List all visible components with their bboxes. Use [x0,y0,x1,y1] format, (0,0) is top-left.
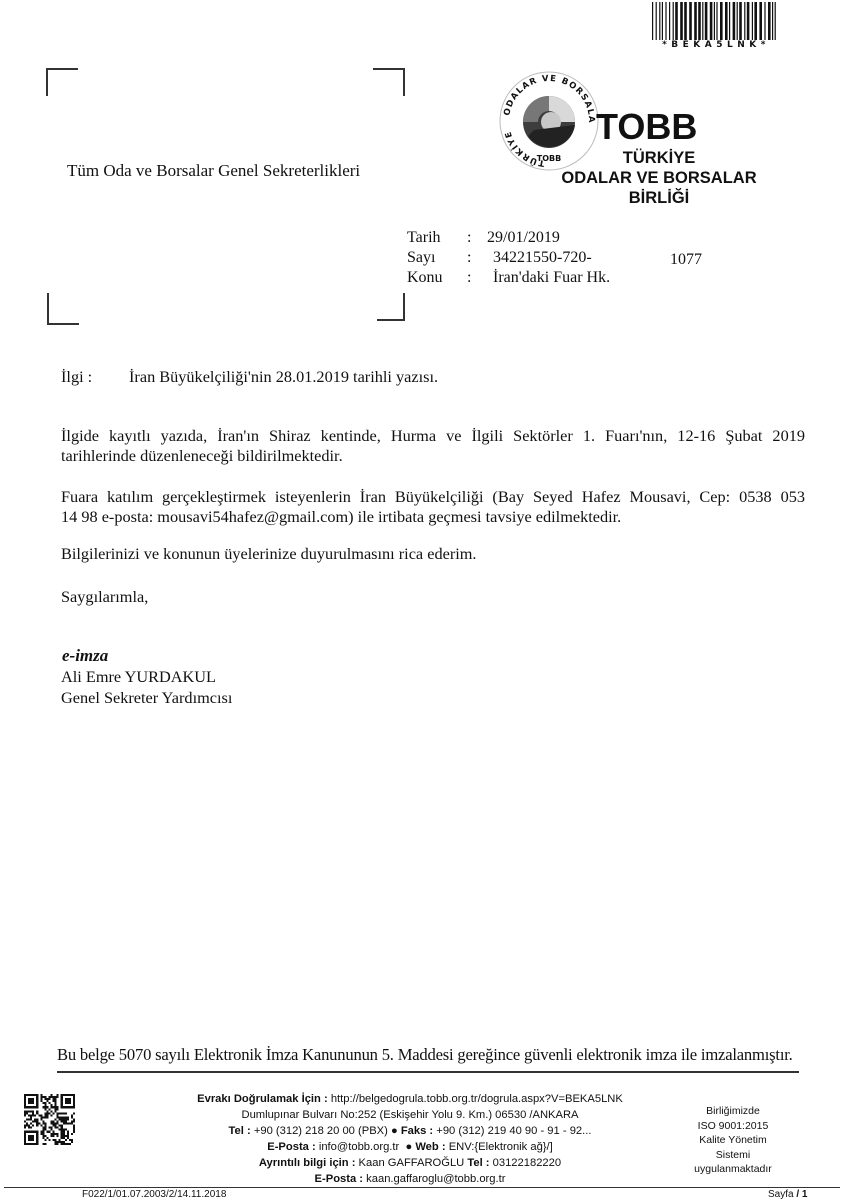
meta-value: 29/01/2019 [487,229,560,247]
email-link[interactable]: info@tobb.org.tr [319,1141,399,1153]
iso-line: uygulanmaktadır [676,1162,790,1177]
corner-mark-top-right [373,68,405,96]
barcode-code: *BEKA5LNK* [652,40,780,50]
signer-name: Ali Emre YURDAKUL [61,667,216,687]
bullet-icon: ● [405,1141,412,1153]
address-line: Dumlupınar Bulvarı No:252 (Eskişehir Yol… [160,1107,660,1123]
verify-url-link[interactable]: http://belgedogrula.tobb.org.tr/dogrula.… [331,1093,623,1105]
contact-email-line: E-Posta : kaan.gaffaroglu@tobb.org.tr [160,1171,660,1187]
page-label: Sayfa [768,1189,794,1200]
meta-label: Tarih [407,229,467,247]
web-value: ENV:{Elektronik ağ}/] [449,1141,553,1153]
meta-label: Sayı [407,249,467,267]
web-label: Web : [415,1141,445,1153]
bullet-icon: ● [391,1125,398,1137]
document-barcode [652,2,780,40]
contact-tel: 03122182220 [493,1157,561,1169]
email-web-line: E-Posta : info@tobb.org.tr ● Web : ENV:{… [160,1139,660,1155]
contact-name: Kaan GAFFAROĞLU [359,1157,465,1169]
contact-tel-label: Tel : [467,1157,489,1169]
paragraph-line: Saygılarımla, [61,587,805,607]
reference-text: İran Büyükelçiliği'nin 28.01.2019 tarihl… [129,367,438,387]
recipient: Tüm Oda ve Borsalar Genel Sekreterlikler… [67,161,360,181]
page-total: / 1 [796,1189,807,1200]
logo-name-line: BİRLİĞİ [553,188,765,208]
meta-date: Tarih : 29/01/2019 [407,229,560,247]
footer-divider [57,1071,799,1073]
contact-line: Ayrıntılı bilgi için : Kaan GAFFAROĞLU T… [160,1155,660,1171]
meta-value: İran'daki Fuar Hk. [493,269,610,287]
iso-line: Birliğimizde [676,1104,790,1119]
corner-mark-top-left [46,68,78,96]
meta-colon: : [467,229,487,247]
closing-salutation: Saygılarımla, [61,587,805,607]
meta-number-suffix: 1077 [670,251,702,269]
contact-email-label: E-Posta : [315,1173,364,1185]
paragraph-line: 14 98 e-posta: mousavi54hafez@gmail.com)… [61,507,805,527]
verify-label: Evrakı Doğrulamak İçin : [197,1093,328,1105]
logo-abbrev: TOBB [596,106,697,148]
meta-colon: : [467,249,493,267]
logo-name-line: ODALAR VE BORSALAR [553,168,765,188]
meta-subject: Konu : İran'daki Fuar Hk. [407,269,610,287]
corner-mark-bottom-left [47,293,79,325]
fax-label: Faks : [401,1125,433,1137]
logo-org-name: TÜRKİYE ODALAR VE BORSALAR BİRLİĞİ [553,148,765,208]
meta-value: 34221550-720- [493,249,592,267]
body-paragraph: Bilgilerinizi ve konunun üyelerinize duy… [61,544,805,564]
iso-line: ISO 9001:2015 [676,1119,790,1134]
meta-number: Sayı : 34221550-720- [407,249,592,267]
form-code: F022/1/01.07.2003/2/14.11.2018 [82,1189,226,1200]
body-paragraph: Fuara katılım gerçekleştirmek isteyenler… [61,487,805,527]
iso-notice: Birliğimizde ISO 9001:2015 Kalite Yöneti… [676,1104,790,1177]
signer-title: Genel Sekreter Yardımcısı [61,688,232,708]
qr-code-icon[interactable] [24,1094,75,1145]
verify-line: Evrakı Doğrulamak İçin : http://belgedog… [160,1091,660,1107]
fax-value: +90 (312) 219 40 90 - 91 - 92... [436,1125,591,1137]
paragraph-line: Bilgilerinizi ve konunun üyelerinize duy… [61,544,805,564]
meta-label: Konu [407,269,467,287]
page-indicator: Sayfa / 1 [768,1189,807,1200]
paragraph-line: Fuara katılım gerçekleştirmek isteyenler… [61,487,805,507]
corner-mark-bottom-right [377,293,405,321]
iso-line: Kalite Yönetim [676,1133,790,1148]
tel-label: Tel : [229,1125,251,1137]
meta-colon: : [467,269,493,287]
paragraph-line: tarihlerinde düzenleneceği bildirilmekte… [61,446,805,466]
logo-name-line: TÜRKİYE [553,148,765,168]
tel-value: +90 (312) 218 20 00 (PBX) [254,1125,388,1137]
paragraph-line: İlgide kayıtlı yazıda, İran'ın Shiraz ke… [61,426,805,446]
reference-label: İlgi : [61,367,92,387]
footer-bottom-divider [4,1187,840,1188]
body-paragraph: İlgide kayıtlı yazıda, İran'ın Shiraz ke… [61,426,805,466]
phone-fax-line: Tel : +90 (312) 218 20 00 (PBX) ● Faks :… [160,1123,660,1139]
contact-label: Ayrıntılı bilgi için : [259,1157,356,1169]
contact-email-link[interactable]: kaan.gaffaroglu@tobb.org.tr [366,1173,505,1185]
e-signature-mark: e-imza [62,646,108,666]
email-label: E-Posta : [267,1141,316,1153]
legal-notice: Bu belge 5070 sayılı Elektronik İmza Kan… [57,1045,793,1065]
iso-line: Sistemi [676,1148,790,1163]
